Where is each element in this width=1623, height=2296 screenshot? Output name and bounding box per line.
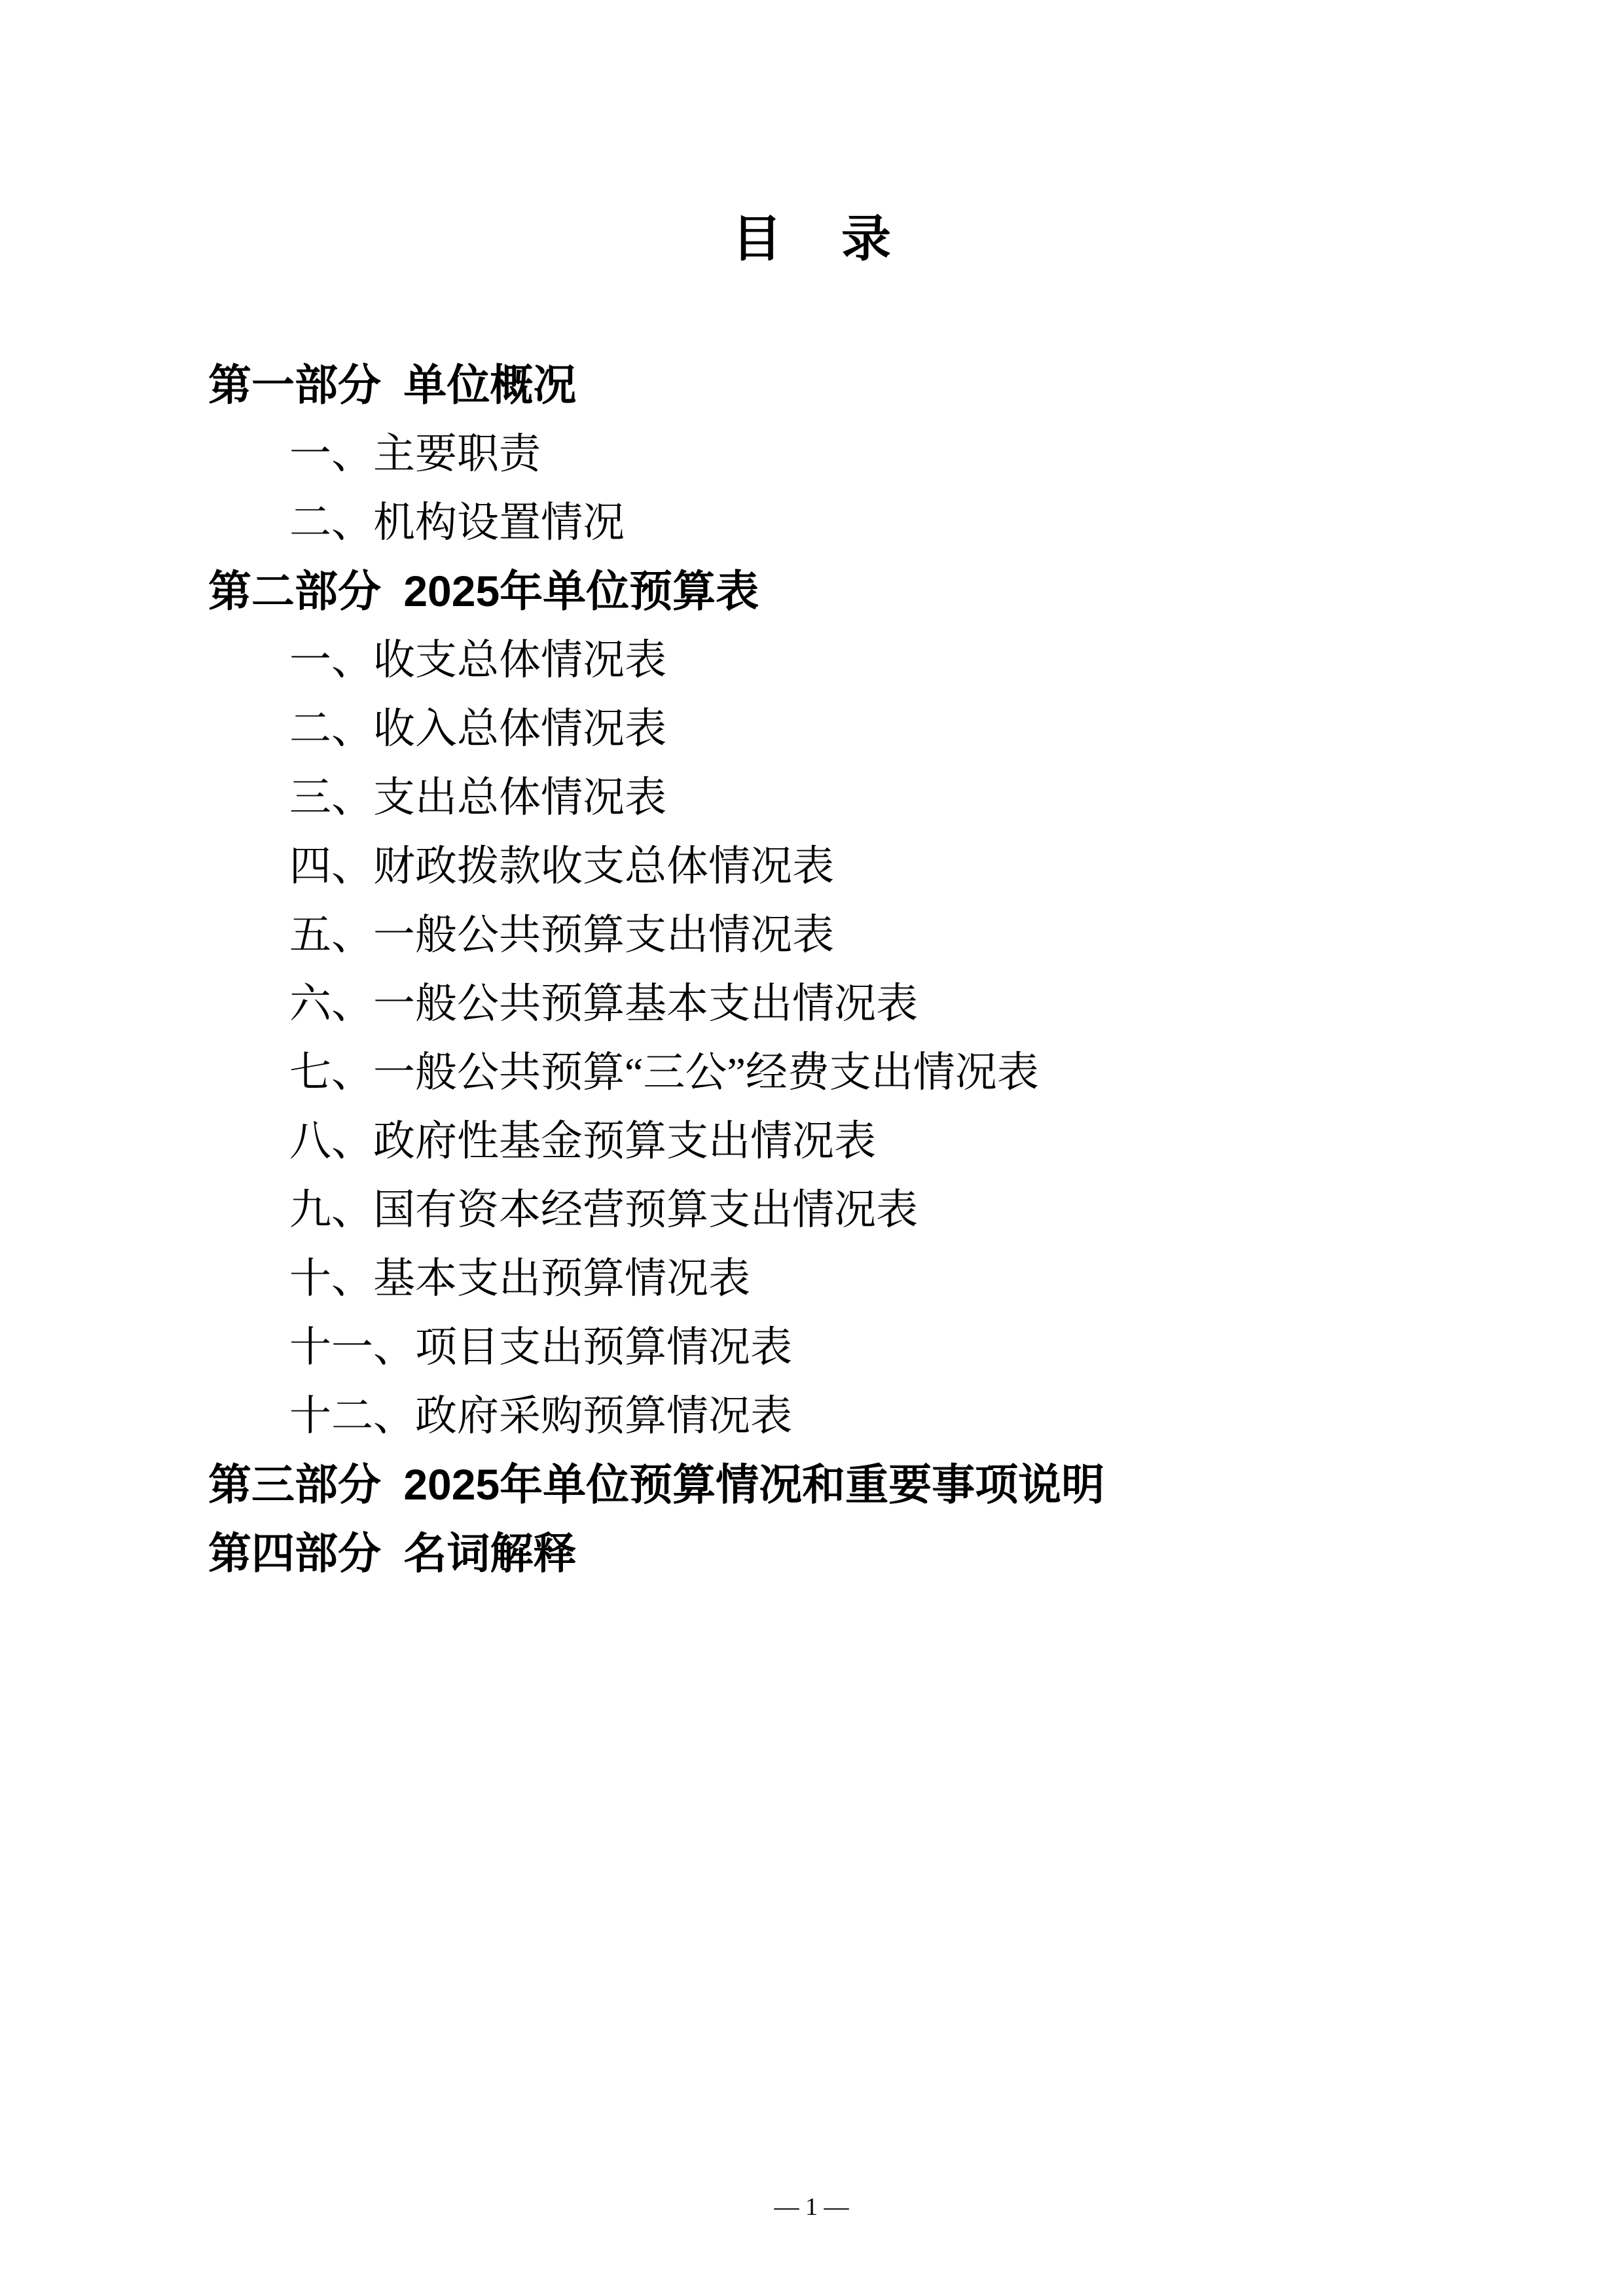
toc-part-2-heading: 第二部分 2025年单位预算表	[208, 557, 1518, 626]
toc-part-2-item-7: 七、一般公共预算“三公”经费支出情况表	[289, 1038, 1518, 1107]
toc-part-2-item-11: 十一、项目支出预算情况表	[289, 1313, 1518, 1382]
toc-part-1-item-1: 一、主要职责	[289, 420, 1518, 488]
toc-part-1-item-2: 二、机构设置情况	[289, 488, 1518, 557]
toc-part-2-item-12: 十二、政府采购预算情况表	[289, 1382, 1518, 1450]
toc-part-2-item-10: 十、基本支出预算情况表	[289, 1244, 1518, 1313]
toc-part-3-heading: 第三部分 2025年单位预算情况和重要事项说明	[208, 1450, 1518, 1519]
toc-part-2-item-9: 九、国有资本经营预算支出情况表	[289, 1175, 1518, 1244]
toc-part-2-item-5: 五、一般公共预算支出情况表	[289, 901, 1518, 969]
page-number: — 1 —	[0, 2193, 1623, 2223]
toc-part-4-heading: 第四部分 名词解释	[208, 1519, 1518, 1588]
toc: 第一部分 单位概况 一、主要职责 二、机构设置情况 第二部分 2025年单位预算…	[208, 351, 1518, 1588]
toc-part-2-item-3: 三、支出总体情况表	[289, 763, 1518, 832]
document-title: 目 录	[0, 215, 1623, 264]
toc-part-2-item-2: 二、收入总体情况表	[289, 694, 1518, 763]
toc-part-1-heading: 第一部分 单位概况	[208, 351, 1518, 420]
toc-part-2-item-8: 八、政府性基金预算支出情况表	[289, 1107, 1518, 1175]
toc-part-2-item-1: 一、收支总体情况表	[289, 626, 1518, 694]
toc-part-2-item-4: 四、财政拨款收支总体情况表	[289, 832, 1518, 901]
page: 目 录 第一部分 单位概况 一、主要职责 二、机构设置情况 第二部分 2025年…	[0, 0, 1623, 2296]
toc-part-2-item-6: 六、一般公共预算基本支出情况表	[289, 969, 1518, 1038]
